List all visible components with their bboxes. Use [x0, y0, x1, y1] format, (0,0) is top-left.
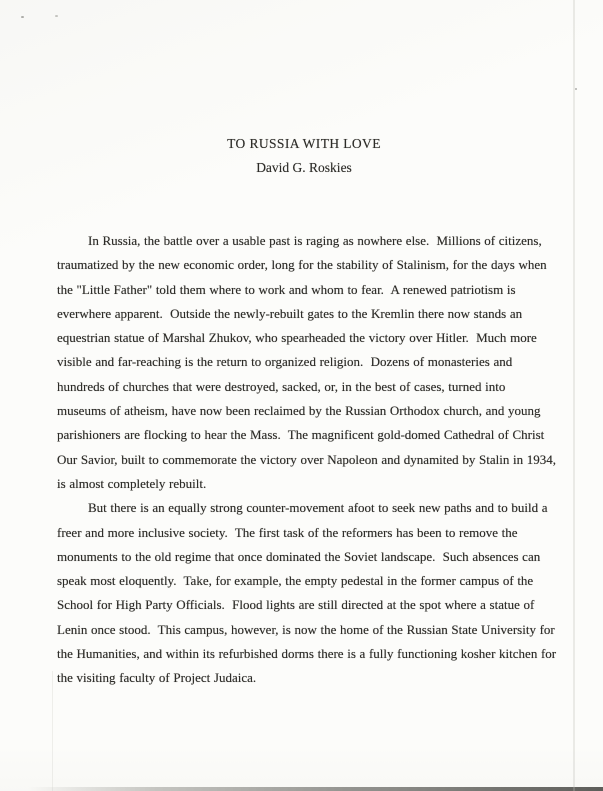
paragraph: But there is an equally strong counter-m… [57, 496, 557, 690]
document-body: In Russia, the battle over a usable past… [57, 229, 557, 691]
paragraph: In Russia, the battle over a usable past… [57, 229, 557, 496]
text-line: Lenin once stood. This campus, however, … [57, 618, 557, 642]
text-line: traumatized by the new economic order, l… [57, 253, 557, 277]
text-line: museums of atheism, have now been reclai… [57, 399, 557, 423]
text-line: everwhere apparent. Outside the newly-re… [57, 302, 557, 326]
text-line: is almost completely rebuilt. [57, 472, 557, 496]
scan-speck [21, 16, 24, 18]
text-line: monuments to the old regime that once do… [57, 545, 557, 569]
text-line: the visiting faculty of Project Judaica. [57, 666, 557, 690]
text-line: freer and more inclusive society. The fi… [57, 521, 557, 545]
scan-fold-line [52, 671, 53, 791]
scan-speck [55, 15, 58, 17]
text-line: the Humanities, and within its refurbish… [57, 642, 557, 666]
text-line: parishioners are flocking to hear the Ma… [57, 423, 557, 447]
text-line: the "Little Father" told them where to w… [57, 278, 557, 302]
text-line: speak most eloquently. Take, for example… [57, 569, 557, 593]
scan-bottom-edge-shadow [28, 787, 603, 791]
text-line: School for High Party Officials. Flood l… [57, 593, 557, 617]
text-line: In Russia, the battle over a usable past… [57, 229, 557, 253]
scanned-page: TO RUSSIA WITH LOVE David G. Roskies In … [0, 0, 603, 791]
text-line: But there is an equally strong counter-m… [57, 496, 557, 520]
text-line: equestrian statue of Marshal Zhukov, who… [57, 326, 557, 350]
document-title: TO RUSSIA WITH LOVE [57, 132, 551, 156]
text-line: Our Savior, built to commemorate the vic… [57, 448, 557, 472]
text-line: hundreds of churches that were destroyed… [57, 375, 557, 399]
document-author: David G. Roskies [57, 156, 551, 180]
scan-speck [575, 88, 577, 90]
text-line: visible and far-reaching is the return t… [57, 350, 557, 374]
scan-right-edge-streak [573, 0, 575, 791]
